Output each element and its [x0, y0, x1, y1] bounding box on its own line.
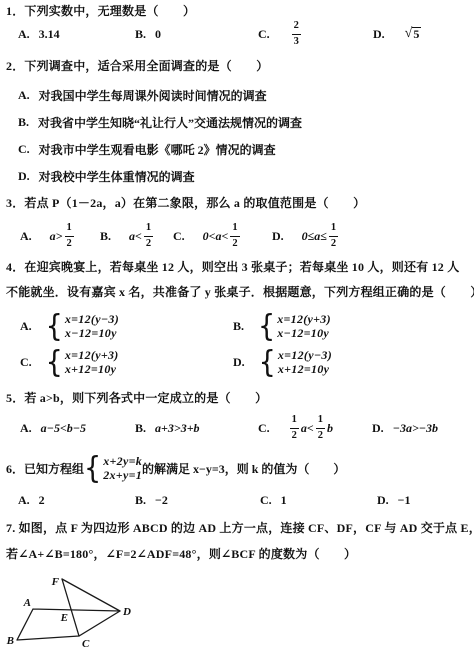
math-expr: 0<a< [203, 229, 229, 244]
option-label: A. [18, 27, 30, 42]
q3-option-d: D. 0≤a≤ 1 2 [272, 220, 340, 252]
fraction: 2 3 [292, 20, 301, 48]
equation-2: x+12=10y [278, 362, 332, 376]
square-root: √ 5 [405, 27, 422, 41]
option-label: C. [260, 493, 272, 508]
option-value: 对我国中学生每周课外阅读时间情况的调查 [39, 87, 267, 104]
option-label: C. [258, 27, 270, 42]
fraction-denominator: 2 [144, 236, 153, 251]
option-label: B. [233, 319, 244, 334]
fraction-numerator: 1 [290, 414, 299, 428]
fraction-denominator: 2 [316, 428, 325, 443]
option-label: A. [18, 493, 30, 508]
brace-icon: { [258, 311, 275, 341]
q4-option-c: C. { x=12(y+3) x+12=10y [20, 346, 119, 378]
math-expr: −3a>−3b [393, 421, 438, 436]
stem-text: 6．已知方程组 [6, 460, 84, 477]
equation-system: { x=12(y−3) x+12=10y [259, 348, 332, 376]
vertex-label-b: B [6, 635, 14, 647]
math-expr: 0≤a≤ [302, 229, 327, 244]
radicand: 5 [412, 27, 421, 41]
q6-option-d: D. −1 [377, 493, 411, 508]
option-label: C. [258, 421, 270, 436]
question-1-stem: 1．下列实数中，无理数是（ ） [6, 4, 195, 19]
fraction-numerator: 1 [329, 222, 338, 236]
q4-option-a: A. { x=12(y−3) x−12=10y [20, 310, 119, 342]
q5-option-d: D. −3a>−3b [372, 412, 438, 444]
question-3-stem: 3．若点 P（1－2a，a）在第二象限，那么 a 的取值范围是（ ） [6, 196, 365, 211]
math-expr: a> [50, 229, 63, 244]
math-expr: b [327, 421, 333, 436]
fraction-numerator: 1 [230, 222, 239, 236]
equation-2: 2x+y=1 [103, 468, 142, 482]
option-value: 对我校中学生体重情况的调查 [39, 168, 195, 185]
brace-icon: { [84, 453, 101, 483]
q2-option-c: C. 对我市中学生观看电影《哪吒 2》情况的调查 [18, 141, 276, 158]
q1-option-c: C. 2 3 [258, 20, 303, 48]
q6-option-b: B. −2 [135, 493, 168, 508]
geometry-figure: F A E D B C [2, 573, 162, 653]
option-value: 对我市中学生观看电影《哪吒 2》情况的调查 [39, 141, 276, 158]
question-4-stem-line2: 不能就坐．设有嘉宾 x 名，共准备了 y 张桌子．根据题意，下列方程组正确的是（… [6, 285, 474, 300]
question-2-stem: 2．下列调查中，适合采用全面调查的是（ ） [6, 59, 268, 74]
math-expr: a−5<b−5 [41, 421, 86, 436]
question-6-stem: 6．已知方程组 { x+2y=k 2x+y=1 的解满足 x−y=3，则 k 的… [6, 449, 345, 487]
fraction: 1 2 [230, 222, 239, 250]
fraction-numerator: 1 [144, 222, 153, 236]
option-value: 3.14 [39, 27, 60, 42]
equation-2: x+12=10y [65, 362, 119, 376]
option-label: D. [372, 421, 384, 436]
fraction: 1 2 [65, 222, 74, 250]
brace-icon: { [46, 311, 63, 341]
brace-icon: { [46, 347, 63, 377]
q3-option-c: C. 0<a< 1 2 [173, 220, 242, 252]
option-label: B. [100, 229, 111, 244]
q6-option-a: A. 2 [18, 493, 45, 508]
option-value: −1 [398, 493, 411, 508]
fraction: 1 2 [329, 222, 338, 250]
equation-1: x+2y=k [103, 454, 142, 468]
fraction: 1 2 [290, 414, 299, 442]
fraction-denominator: 2 [230, 236, 239, 251]
question-4-stem-line1: 4．在迎宾晚宴上，若每桌坐 12 人，则空出 3 张桌子；若每桌坐 10 人，则… [6, 260, 459, 275]
option-label: A. [20, 421, 32, 436]
option-label: A. [20, 229, 32, 244]
radical-icon: √ [405, 27, 413, 40]
option-label: B. [135, 493, 146, 508]
equation-1: x=12(y−3) [278, 348, 332, 362]
equation-1: x=12(y−3) [65, 312, 119, 326]
quadrilateral-abcd [17, 609, 120, 640]
option-value: 0 [155, 27, 161, 42]
option-label: C. [173, 229, 185, 244]
exam-page: 1．下列实数中，无理数是（ ） A. 3.14 B. 0 C. 2 3 D. √… [0, 0, 474, 655]
question-7-stem-line2: 若∠A+∠B=180°，∠F=2∠ADF=48°，则∠BCF 的度数为（ ） [6, 547, 356, 562]
math-expr: a< [301, 421, 314, 436]
fraction-denominator: 2 [290, 428, 299, 443]
equation-system: { x=12(y−3) x−12=10y [46, 312, 119, 340]
vertex-label-a: A [23, 597, 31, 609]
equation-system: { x+2y=k 2x+y=1 [84, 454, 142, 482]
vertex-label-d: D [122, 606, 131, 618]
question-5-stem: 5．若 a>b，则下列各式中一定成立的是（ ） [6, 391, 267, 406]
option-value: 对我省中学生知晓“礼让行人”交通法规情况的调查 [38, 114, 302, 131]
fraction-denominator: 2 [329, 236, 338, 251]
q5-option-c: C. 1 2 a< 1 2 b [258, 412, 333, 444]
math-expr: a< [129, 229, 142, 244]
q2-option-d: D. 对我校中学生体重情况的调查 [18, 168, 195, 185]
option-label: D. [18, 169, 30, 184]
q5-option-b: B. a+3>3+b [135, 412, 200, 444]
q1-option-d: D. √ 5 [373, 20, 421, 48]
option-value: 2 [39, 493, 45, 508]
equation-system: { x=12(y+3) x−12=10y [258, 312, 331, 340]
vertex-label-c: C [82, 638, 90, 650]
q4-option-d: D. { x=12(y−3) x+12=10y [233, 346, 332, 378]
option-label: C. [18, 142, 30, 157]
question-7-stem-line1: 7. 如图，点 F 为四边形 ABCD 的边 AD 上方一点，连接 CF、DF，… [6, 521, 474, 536]
fraction-numerator: 2 [292, 20, 301, 34]
q2-option-b: B. 对我省中学生知晓“礼让行人”交通法规情况的调查 [18, 114, 302, 131]
option-label: D. [233, 355, 245, 370]
q5-option-a: A. a−5<b−5 [20, 412, 86, 444]
fraction-denominator: 3 [292, 34, 301, 49]
q4-option-b: B. { x=12(y+3) x−12=10y [233, 310, 331, 342]
equation-2: x−12=10y [65, 326, 119, 340]
q1-option-b: B. 0 [135, 20, 161, 48]
stem-text: 的解满足 x−y=3，则 k 的值为（ ） [142, 460, 345, 477]
math-expr: a+3>3+b [155, 421, 200, 436]
q3-option-a: A. a> 1 2 [20, 220, 76, 252]
q1-option-a: A. 3.14 [18, 20, 60, 48]
option-label: A. [18, 88, 30, 103]
option-label: D. [377, 493, 389, 508]
option-label: B. [135, 27, 146, 42]
option-label: B. [135, 421, 146, 436]
equation-1: x=12(y+3) [277, 312, 331, 326]
option-value: −2 [155, 493, 168, 508]
equation-2: x−12=10y [277, 326, 331, 340]
fraction: 1 2 [144, 222, 153, 250]
vertex-label-e: E [60, 612, 68, 624]
option-label: A. [20, 319, 32, 334]
option-label: D. [373, 27, 385, 42]
equation-system: { x=12(y+3) x+12=10y [46, 348, 119, 376]
option-label: B. [18, 115, 29, 130]
vertex-label-f: F [51, 576, 60, 588]
option-label: C. [20, 355, 32, 370]
option-label: D. [272, 229, 284, 244]
option-value: 1 [281, 493, 287, 508]
fraction-numerator: 1 [65, 222, 74, 236]
q2-option-a: A. 对我国中学生每周课外阅读时间情况的调查 [18, 87, 267, 104]
fraction-denominator: 2 [65, 236, 74, 251]
fraction: 1 2 [316, 414, 325, 442]
fraction-numerator: 1 [316, 414, 325, 428]
q3-option-b: B. a< 1 2 [100, 220, 155, 252]
equation-1: x=12(y+3) [65, 348, 119, 362]
brace-icon: { [259, 347, 276, 377]
q6-option-c: C. 1 [260, 493, 287, 508]
